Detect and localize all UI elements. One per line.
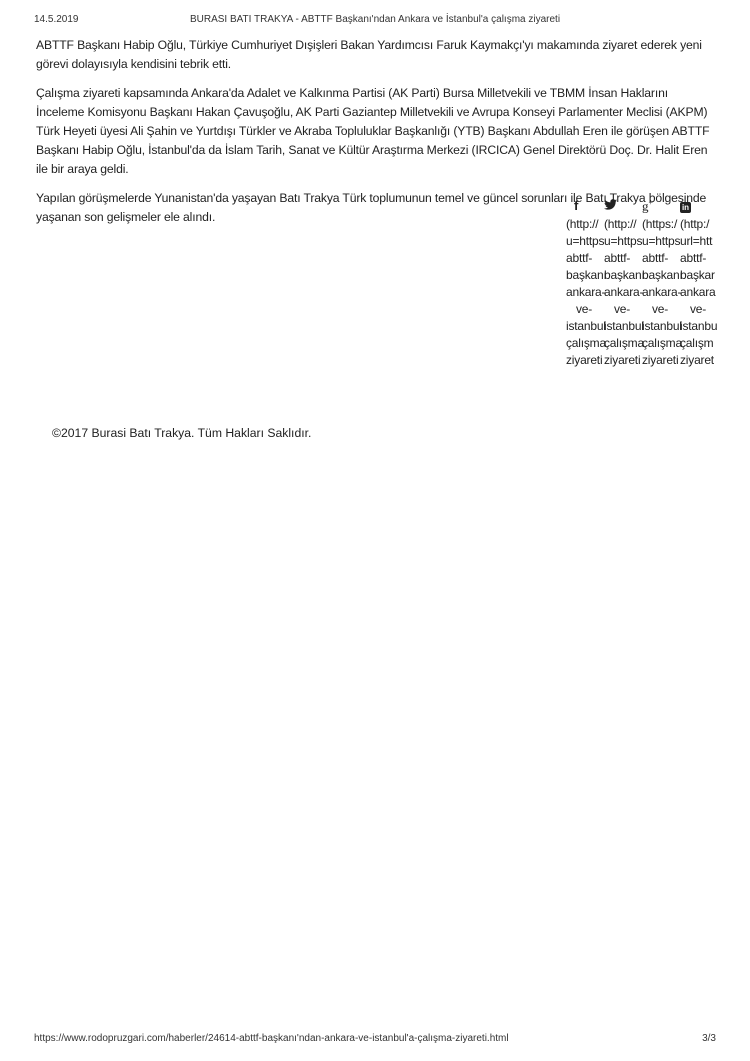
article-paragraph: Çalışma ziyareti kapsamında Ankara'da Ad… bbox=[36, 84, 716, 179]
share-link-google-plus[interactable]: (https:/u=httpsabttf-başkanıankara-ve-is… bbox=[642, 216, 680, 369]
share-link-twitter[interactable]: (http://u=httpsabttf-başkanıankara-ve-is… bbox=[604, 216, 642, 369]
social-share: f g+ in (http://u=httpsabttf-başkanıanka… bbox=[566, 198, 726, 369]
article-paragraph: ABTTF Başkanı Habip Oğlu, Türkiye Cumhur… bbox=[36, 36, 716, 74]
print-title: BURASI BATI TRAKYA - ABTTF Başkanı'ndan … bbox=[0, 14, 750, 25]
page-number: 3/3 bbox=[702, 1033, 716, 1044]
copyright: ©2017 Burasi Batı Trakya. Tüm Hakları Sa… bbox=[52, 426, 311, 440]
google-plus-icon[interactable]: g+ bbox=[642, 198, 680, 216]
twitter-icon[interactable] bbox=[604, 198, 642, 216]
linkedin-icon[interactable]: in bbox=[680, 198, 718, 216]
share-link-linkedin[interactable]: (http:/url=httabttf-başkarankarave-istan… bbox=[680, 216, 718, 369]
share-link-facebook[interactable]: (http://u=httpsabttf-başkanıankara-ve-is… bbox=[566, 216, 604, 369]
facebook-icon[interactable]: f bbox=[566, 198, 604, 216]
print-url: https://www.rodopruzgari.com/haberler/24… bbox=[34, 1033, 509, 1044]
